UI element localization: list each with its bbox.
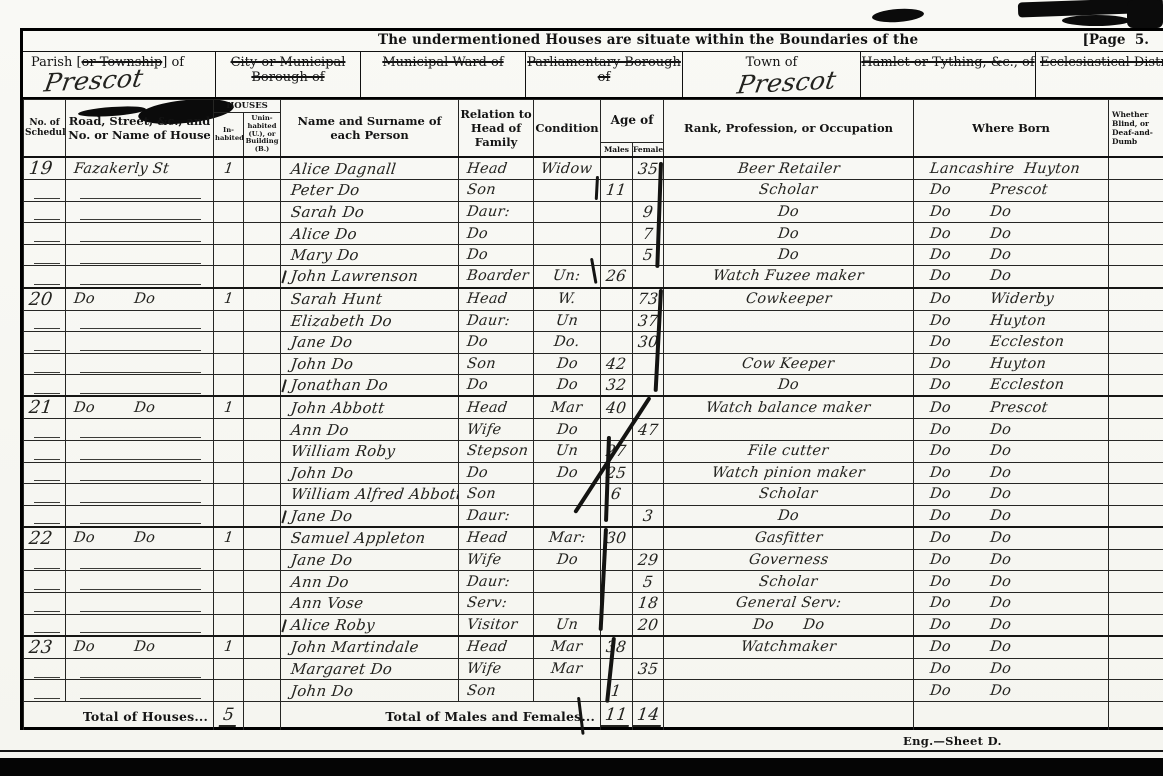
- totals-empty-cell: [664, 701, 914, 730]
- relation-cell: Son: [459, 180, 534, 202]
- relation-cell: Do: [459, 332, 534, 354]
- condition-cell: [534, 593, 601, 615]
- relation-cell: Head: [459, 396, 534, 419]
- inhabited-cell: [214, 593, 244, 615]
- inhabited-cell: [214, 614, 244, 636]
- uninhabited-cell: [244, 680, 281, 702]
- uninhabited-cell: [244, 571, 281, 593]
- relation-cell: Do: [459, 223, 534, 245]
- infirmity-cell: [1109, 593, 1163, 615]
- census-table: No. of Schedule Road, Street, &c., and N…: [23, 99, 1163, 730]
- relation-cell: Do: [459, 244, 534, 266]
- uninhabited-cell: [244, 288, 281, 311]
- condition-cell: Un: [534, 614, 601, 636]
- table-row: Alice Roby Visitor Un 20 Do Do Do Do: [24, 614, 1163, 636]
- age-female-cell: [633, 375, 664, 397]
- relation-cell: Wife: [459, 549, 534, 571]
- sheet-note: Eng.—Sheet D.: [903, 734, 1002, 748]
- road-cell: [66, 658, 214, 680]
- relation-cell: Wife: [459, 419, 534, 441]
- age-female-cell: 29: [633, 549, 664, 571]
- age-male-cell: 26: [601, 266, 633, 288]
- table-row: 21 Do Do 1 John Abbott Head Mar 40 Watch…: [24, 396, 1163, 419]
- road-cell: [66, 571, 214, 593]
- born-cell: Do Do: [914, 549, 1109, 571]
- born-cell: Do Prescot: [914, 180, 1109, 202]
- uninhabited-cell: [244, 527, 281, 550]
- born-cell: Do Eccleston: [914, 375, 1109, 397]
- municipal-ward-label: Municipal Ward of: [382, 55, 503, 70]
- road-cell: [66, 505, 214, 527]
- born-cell: Do Widerby: [914, 288, 1109, 311]
- age-male-cell: 25: [601, 462, 633, 484]
- uninhabited-cell: [244, 332, 281, 354]
- schedule-cell: 20: [24, 288, 66, 311]
- inhabited-cell: 1: [214, 636, 244, 659]
- age-female-cell: [633, 462, 664, 484]
- occupation-cell: File cutter: [664, 441, 914, 463]
- age-female-cell: [633, 636, 664, 659]
- age-female-cell: [633, 180, 664, 202]
- name-cell: Samuel Appleton: [281, 527, 459, 550]
- name-cell: Elizabeth Do: [281, 310, 459, 332]
- parish-value: Prescot: [42, 63, 145, 97]
- infirmity-cell: [1109, 549, 1163, 571]
- age-female-cell: [633, 527, 664, 550]
- infirmity-cell: [1109, 180, 1163, 202]
- born-cell: Do Huyton: [914, 353, 1109, 375]
- name-cell: John Martindale: [281, 636, 459, 659]
- inhabited-cell: [214, 505, 244, 527]
- name-cell: Jane Do: [281, 505, 459, 527]
- age-male-cell: 30: [601, 527, 633, 550]
- ecclesiastical-cell: Ecclesiastical District of: [1036, 52, 1163, 97]
- census-form: The undermentioned Houses are situate wi…: [20, 28, 1163, 730]
- total-males-females-label: Total of Males and Females...: [281, 701, 601, 730]
- uninhabited-cell: [244, 549, 281, 571]
- infirmity-cell: [1109, 658, 1163, 680]
- condition-cell: Do: [534, 419, 601, 441]
- name-cell: Jane Do: [281, 332, 459, 354]
- inhabited-cell: [214, 201, 244, 223]
- col-header-houses: HOUSES: [214, 100, 281, 113]
- table-row: Sarah Do Daur: 9 Do Do Do: [24, 201, 1163, 223]
- inhabited-cell: [214, 353, 244, 375]
- rows-body: 19 Fazakerly St 1 Alice Dagnall Head Wid…: [24, 157, 1163, 701]
- occupation-cell: Cow Keeper: [664, 353, 914, 375]
- condition-cell: [534, 223, 601, 245]
- infirmity-cell: [1109, 419, 1163, 441]
- infirmity-cell: [1109, 353, 1163, 375]
- road-cell: [66, 332, 214, 354]
- inhabited-cell: [214, 484, 244, 506]
- relation-cell: Son: [459, 353, 534, 375]
- uninhabited-cell: [244, 636, 281, 659]
- table-row: Alice Do Do 7 Do Do Do: [24, 223, 1163, 245]
- condition-cell: Widow: [534, 157, 601, 180]
- road-cell: [66, 180, 214, 202]
- totals-empty-cell: [914, 701, 1109, 730]
- infirmity-cell: [1109, 396, 1163, 419]
- condition-cell: W.: [534, 288, 601, 311]
- table-row: Margaret Do Wife Mar 35 Do Do: [24, 658, 1163, 680]
- census-page: The undermentioned Houses are situate wi…: [0, 0, 1163, 758]
- table-row: Jane Do Do Do. 30 Do Eccleston: [24, 332, 1163, 354]
- born-cell: Do Do: [914, 201, 1109, 223]
- schedule-cell: [24, 658, 66, 680]
- col-header-occupation: Rank, Profession, or Occupation: [664, 100, 914, 158]
- boundary-header-row: Parish [or Township] of Prescot City or …: [23, 52, 1163, 99]
- age-male-cell: 38: [601, 636, 633, 659]
- schedule-cell: [24, 441, 66, 463]
- totals-row: Total of Houses... 5 Total of Males and …: [24, 701, 1163, 730]
- age-female-cell: [633, 266, 664, 288]
- road-cell: Do Do: [66, 396, 214, 419]
- total-females-value: 14: [633, 701, 664, 730]
- col-header-uninhabited: Unin-habited (U.), or Building (B.): [244, 113, 281, 158]
- age-male-cell: 42: [601, 353, 633, 375]
- table-row: Ann Vose Serv: 18 General Serv: Do Do: [24, 593, 1163, 615]
- relation-cell: Head: [459, 636, 534, 659]
- age-male-cell: [601, 310, 633, 332]
- city-borough-cell: City or Municipal Borough of: [216, 52, 361, 97]
- infirmity-cell: [1109, 266, 1163, 288]
- age-female-cell: 30: [633, 332, 664, 354]
- age-male-cell: [601, 658, 633, 680]
- parish-cell: Parish [or Township] of Prescot: [23, 52, 216, 97]
- infirmity-cell: [1109, 288, 1163, 311]
- age-female-cell: [633, 396, 664, 419]
- occupation-cell: Scholar: [664, 180, 914, 202]
- occupation-cell: Do Do: [664, 614, 914, 636]
- born-cell: Do Do: [914, 419, 1109, 441]
- age-male-cell: [601, 593, 633, 615]
- schedule-cell: [24, 332, 66, 354]
- condition-cell: Un: [534, 310, 601, 332]
- occupation-cell: Scholar: [664, 571, 914, 593]
- age-female-cell: 20: [633, 614, 664, 636]
- schedule-cell: [24, 310, 66, 332]
- uninhabited-cell: [244, 441, 281, 463]
- condition-cell: Do: [534, 375, 601, 397]
- occupation-cell: Watch Fuzee maker: [664, 266, 914, 288]
- road-cell: [66, 244, 214, 266]
- occupation-cell: Beer Retailer: [664, 157, 914, 180]
- inhabited-cell: [214, 180, 244, 202]
- infirmity-cell: [1109, 201, 1163, 223]
- name-cell: William Roby: [281, 441, 459, 463]
- inhabited-cell: 1: [214, 396, 244, 419]
- name-cell: Ann Vose: [281, 593, 459, 615]
- occupation-cell: [664, 658, 914, 680]
- road-cell: [66, 266, 214, 288]
- uninhabited-cell: [244, 157, 281, 180]
- totals-empty-cell: [1109, 701, 1163, 730]
- occupation-cell: Do: [664, 375, 914, 397]
- inhabited-cell: [214, 462, 244, 484]
- relation-cell: Daur:: [459, 201, 534, 223]
- age-male-cell: [601, 419, 633, 441]
- condition-cell: [534, 244, 601, 266]
- town-value: Prescot: [735, 65, 838, 99]
- parliamentary-borough-cell: Parliamentary Borough of: [526, 52, 683, 97]
- condition-cell: Do.: [534, 332, 601, 354]
- schedule-cell: [24, 505, 66, 527]
- condition-cell: Un: [534, 441, 601, 463]
- age-female-cell: [633, 353, 664, 375]
- uninhabited-cell: [244, 310, 281, 332]
- schedule-cell: 19: [24, 157, 66, 180]
- name-cell: John Lawrenson: [281, 266, 459, 288]
- uninhabited-cell: [244, 353, 281, 375]
- schedule-cell: [24, 549, 66, 571]
- age-male-cell: [601, 201, 633, 223]
- relation-cell: Do: [459, 375, 534, 397]
- hamlet-cell: Hamlet or Tything, &c., of: [861, 52, 1036, 97]
- road-cell: [66, 441, 214, 463]
- relation-cell: Head: [459, 288, 534, 311]
- infirmity-cell: [1109, 310, 1163, 332]
- age-female-cell: 18: [633, 593, 664, 615]
- infirmity-cell: [1109, 636, 1163, 659]
- schedule-cell: [24, 419, 66, 441]
- age-male-cell: [601, 549, 633, 571]
- relation-cell: Visitor: [459, 614, 534, 636]
- ecclesiastical-label: Ecclesiastical District of: [1040, 55, 1163, 70]
- name-cell: Margaret Do: [281, 658, 459, 680]
- age-male-cell: [601, 288, 633, 311]
- condition-cell: Mar: [534, 658, 601, 680]
- occupation-cell: Do: [664, 244, 914, 266]
- age-female-cell: 35: [633, 157, 664, 180]
- col-header-name: Name and Surname of each Person: [281, 100, 459, 158]
- table-row: William Roby Stepson Un 27 File cutter D…: [24, 441, 1163, 463]
- occupation-cell: [664, 680, 914, 702]
- condition-cell: Mar:: [534, 527, 601, 550]
- relation-cell: Stepson: [459, 441, 534, 463]
- inhabited-cell: [214, 680, 244, 702]
- born-cell: Do Huyton: [914, 310, 1109, 332]
- name-cell: John Do: [281, 680, 459, 702]
- schedule-cell: [24, 593, 66, 615]
- road-cell: Do Do: [66, 527, 214, 550]
- table-row: John Do Son Do 42 Cow Keeper Do Huyton: [24, 353, 1163, 375]
- table-row: Ann Do Wife Do 47 Do Do: [24, 419, 1163, 441]
- table-row: Jane Do Daur: 3 Do Do Do: [24, 505, 1163, 527]
- schedule-cell: [24, 223, 66, 245]
- age-male-cell: [601, 332, 633, 354]
- name-cell: John Abbott: [281, 396, 459, 419]
- born-cell: Do Do: [914, 614, 1109, 636]
- uninhabited-cell: [244, 462, 281, 484]
- page-title: The undermentioned Houses are situate wi…: [378, 32, 918, 48]
- name-cell: William Alfred Abbott: [281, 484, 459, 506]
- total-males-value: 11: [601, 701, 633, 730]
- condition-cell: Do: [534, 549, 601, 571]
- age-female-cell: [633, 441, 664, 463]
- occupation-cell: Scholar: [664, 484, 914, 506]
- uninhabited-cell: [244, 505, 281, 527]
- table-row: Elizabeth Do Daur: Un 37 Do Huyton: [24, 310, 1163, 332]
- name-cell: Jane Do: [281, 549, 459, 571]
- infirmity-cell: [1109, 441, 1163, 463]
- born-cell: Do Do: [914, 571, 1109, 593]
- table-row: Jonathan Do Do Do 32 Do Do Eccleston: [24, 375, 1163, 397]
- born-cell: Do Do: [914, 680, 1109, 702]
- road-cell: [66, 614, 214, 636]
- col-header-infirmity: Whether Blind, or Deaf-and-Dumb: [1109, 100, 1163, 158]
- occupation-cell: Do: [664, 505, 914, 527]
- inhabited-cell: [214, 419, 244, 441]
- uninhabited-cell: [244, 375, 281, 397]
- schedule-cell: [24, 244, 66, 266]
- condition-cell: [534, 505, 601, 527]
- age-female-cell: 37: [633, 310, 664, 332]
- uninhabited-cell: [244, 396, 281, 419]
- col-header-born: Where Born: [914, 100, 1109, 158]
- relation-cell: Son: [459, 680, 534, 702]
- table-row: 22 Do Do 1 Samuel Appleton Head Mar: 30 …: [24, 527, 1163, 550]
- condition-cell: Mar: [534, 396, 601, 419]
- age-female-cell: 35: [633, 658, 664, 680]
- inhabited-cell: [214, 310, 244, 332]
- inhabited-cell: [214, 549, 244, 571]
- col-header-condition: Condition: [534, 100, 601, 158]
- occupation-cell: Watch balance maker: [664, 396, 914, 419]
- scan-artifact: [1062, 15, 1130, 26]
- infirmity-cell: [1109, 157, 1163, 180]
- name-cell: Sarah Do: [281, 201, 459, 223]
- road-cell: [66, 593, 214, 615]
- born-cell: Do Do: [914, 244, 1109, 266]
- age-male-cell: [601, 614, 633, 636]
- infirmity-cell: [1109, 332, 1163, 354]
- uninhabited-cell: [244, 614, 281, 636]
- uninhabited-cell: [244, 484, 281, 506]
- relation-cell: Serv:: [459, 593, 534, 615]
- uninhabited-cell: [244, 419, 281, 441]
- scan-artifact: [1127, 0, 1163, 28]
- age-female-cell: 7: [633, 223, 664, 245]
- name-cell: Jonathan Do: [281, 375, 459, 397]
- schedule-cell: [24, 462, 66, 484]
- born-cell: Do Prescot: [914, 396, 1109, 419]
- scan-artifact: [872, 7, 925, 24]
- road-cell: [66, 375, 214, 397]
- uninhabited-cell: [244, 658, 281, 680]
- relation-cell: Daur:: [459, 310, 534, 332]
- totals-empty-cell: [244, 701, 281, 730]
- born-cell: Do Eccleston: [914, 332, 1109, 354]
- born-cell: Lancashire Huyton: [914, 157, 1109, 180]
- schedule-cell: [24, 571, 66, 593]
- name-cell: Alice Do: [281, 223, 459, 245]
- age-male-cell: 1: [601, 680, 633, 702]
- schedule-cell: [24, 375, 66, 397]
- condition-cell: [534, 484, 601, 506]
- occupation-cell: [664, 419, 914, 441]
- table-row: Jane Do Wife Do 29 Governess Do Do: [24, 549, 1163, 571]
- schedule-cell: 23: [24, 636, 66, 659]
- occupation-cell: Cowkeeper: [664, 288, 914, 311]
- parliamentary-borough-label: Parliamentary Borough of: [527, 55, 681, 85]
- col-header-relation: Relation to Head of Family: [459, 100, 534, 158]
- name-cell: Sarah Hunt: [281, 288, 459, 311]
- condition-cell: [534, 201, 601, 223]
- infirmity-cell: [1109, 244, 1163, 266]
- condition-cell: [534, 680, 601, 702]
- hamlet-label: Hamlet or Tything, &c., of: [861, 55, 1034, 70]
- inhabited-cell: [214, 441, 244, 463]
- uninhabited-cell: [244, 266, 281, 288]
- occupation-cell: Do: [664, 223, 914, 245]
- age-male-cell: 11: [601, 180, 633, 202]
- name-cell: Ann Do: [281, 419, 459, 441]
- town-cell: Town of Prescot: [683, 52, 861, 97]
- age-male-cell: 6: [601, 484, 633, 506]
- occupation-cell: Watch pinion maker: [664, 462, 914, 484]
- table-row: 23 Do Do 1 John Martindale Head Mar 38 W…: [24, 636, 1163, 659]
- uninhabited-cell: [244, 593, 281, 615]
- road-cell: [66, 462, 214, 484]
- condition-cell: Un:: [534, 266, 601, 288]
- inhabited-cell: 1: [214, 157, 244, 180]
- col-header-inhabited: In-habited: [214, 113, 244, 158]
- inhabited-cell: 1: [214, 288, 244, 311]
- born-cell: Do Do: [914, 484, 1109, 506]
- road-cell: Do Do: [66, 288, 214, 311]
- age-male-cell: [601, 505, 633, 527]
- infirmity-cell: [1109, 614, 1163, 636]
- age-female-cell: 3: [633, 505, 664, 527]
- occupation-cell: [664, 310, 914, 332]
- relation-cell: Son: [459, 484, 534, 506]
- relation-cell: Boarder: [459, 266, 534, 288]
- col-header-road: Road, Street, &c., and No. or Name of Ho…: [66, 100, 214, 158]
- relation-cell: Daur:: [459, 571, 534, 593]
- road-cell: [66, 680, 214, 702]
- road-cell: [66, 310, 214, 332]
- inhabited-cell: [214, 658, 244, 680]
- schedule-cell: 22: [24, 527, 66, 550]
- schedule-cell: [24, 201, 66, 223]
- relation-cell: Head: [459, 157, 534, 180]
- road-cell: [66, 353, 214, 375]
- schedule-cell: [24, 680, 66, 702]
- name-cell: John Do: [281, 462, 459, 484]
- born-cell: Do Do: [914, 266, 1109, 288]
- road-cell: [66, 201, 214, 223]
- born-cell: Do Do: [914, 462, 1109, 484]
- uninhabited-cell: [244, 201, 281, 223]
- infirmity-cell: [1109, 680, 1163, 702]
- inhabited-cell: [214, 244, 244, 266]
- occupation-cell: Governess: [664, 549, 914, 571]
- name-cell: Alice Roby: [281, 614, 459, 636]
- age-female-cell: 9: [633, 201, 664, 223]
- page-number: [Page 5.: [1083, 32, 1149, 48]
- table-row: John Do Do Do 25 Watch pinion maker Do D…: [24, 462, 1163, 484]
- condition-cell: Do: [534, 462, 601, 484]
- age-male-cell: 32: [601, 375, 633, 397]
- road-cell: [66, 223, 214, 245]
- municipal-ward-cell: Municipal Ward of: [361, 52, 526, 97]
- infirmity-cell: [1109, 505, 1163, 527]
- table-row: John Lawrenson Boarder Un: 26 Watch Fuze…: [24, 266, 1163, 288]
- born-cell: Do Do: [914, 658, 1109, 680]
- born-cell: Do Do: [914, 223, 1109, 245]
- infirmity-cell: [1109, 484, 1163, 506]
